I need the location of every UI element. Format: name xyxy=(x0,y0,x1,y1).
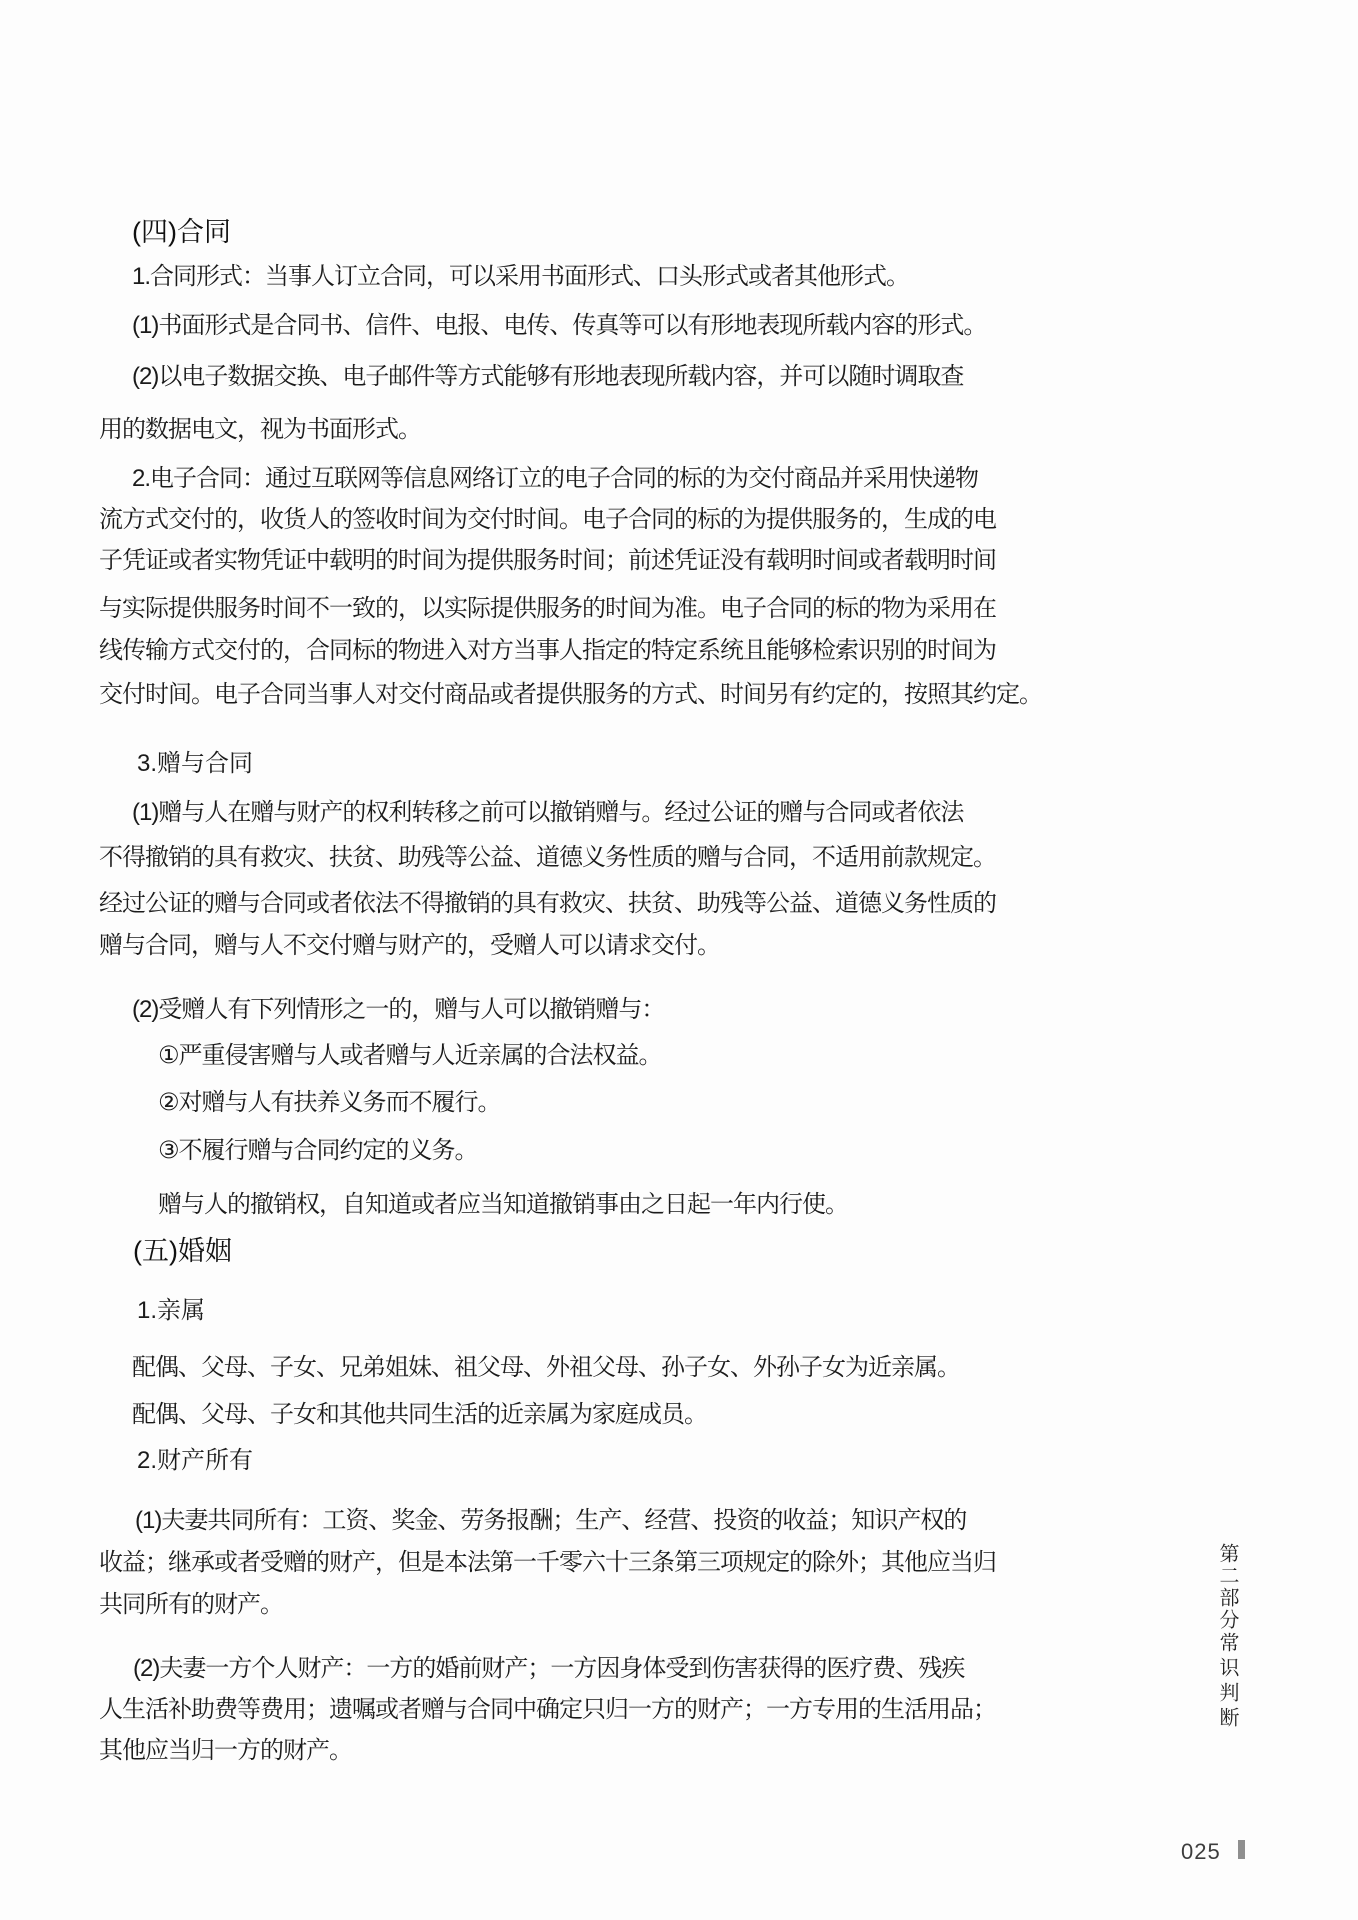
text-line: 线传输方式交付的，合同标的物进入对方当事人指定的特定系统且能够检索识别的时间为 xyxy=(99,638,996,664)
text-line: 流方式交付的，收货人的签收时间为交付时间。电子合同的标的为提供服务的，生成的电 xyxy=(99,507,996,533)
text-line: 2.电子合同：通过互联网等信息网络订立的电子合同的标的为交付商品并采用快递物 xyxy=(132,466,978,492)
section-heading-marriage: (五)婚姻 xyxy=(133,1237,232,1267)
page-number: 025 xyxy=(1181,1839,1221,1865)
text-line: (2)受赠人有下列情形之一的，赠与人可以撤销赠与： xyxy=(132,997,664,1023)
text-line: (1)夫妻共同所有：工资、奖金、劳务报酬；生产、经营、投资的收益；知识产权的 xyxy=(135,1508,966,1534)
list-item: ②对赠与人有扶养义务而不履行。 xyxy=(158,1090,501,1116)
subheading-relatives: 1.亲属 xyxy=(137,1298,205,1324)
text-line: 其他应当归一方的财产。 xyxy=(99,1738,352,1764)
text-line: 配偶、父母、子女、兄弟姐妹、祖父母、外祖父母、孙子女、外孙子女为近亲属。 xyxy=(132,1355,960,1381)
text-line: 子凭证或者实物凭证中载明的时间为提供服务时间；前述凭证没有载明时间或者载明时间 xyxy=(99,548,996,574)
text-line: 配偶、父母、子女和其他共同生活的近亲属为家庭成员。 xyxy=(132,1402,707,1428)
text-line: 收益；继承或者受赠的财产，但是本法第一千零六十三条第三项规定的除外；其他应当归 xyxy=(99,1550,996,1576)
text-line: (2)夫妻一方个人财产：一方的婚前财产；一方因身体受到伤害获得的医疗费、残疾 xyxy=(133,1656,964,1682)
text-line: 不得撤销的具有救灾、扶贫、助残等公益、道德义务性质的赠与合同，不适用前款规定。 xyxy=(99,845,996,871)
footer-bar-icon xyxy=(1238,1840,1245,1859)
text-line: 经过公证的赠与合同或者依法不得撤销的具有救灾、扶贫、助残等公益、道德义务性质的 xyxy=(99,891,996,917)
section-heading-contract: (四)合同 xyxy=(132,218,231,248)
subheading-property: 2.财产所有 xyxy=(137,1448,253,1474)
text-line: (2)以电子数据交换、电子邮件等方式能够有形地表现所载内容，并可以随时调取查 xyxy=(132,364,963,390)
list-item: ③不履行赠与合同约定的义务。 xyxy=(158,1138,478,1164)
text-line: (1)赠与人在赠与财产的权利转移之前可以撤销赠与。经过公证的赠与合同或者依法 xyxy=(132,800,963,826)
text-line: 共同所有的财产。 xyxy=(99,1592,283,1618)
subheading-gift-contract: 3.赠与合同 xyxy=(137,751,253,777)
text-line: (1)书面形式是合同书、信件、电报、电传、传真等可以有形地表现所载内容的形式。 xyxy=(132,313,986,339)
sidebar-part-label: 第二部分 xyxy=(1213,1543,1242,1631)
text-line: 与实际提供服务时间不一致的，以实际提供服务的时间为准。电子合同的标的物为采用在 xyxy=(99,596,996,622)
book-page: (四)合同1.合同形式：当事人订立合同，可以采用书面形式、口头形式或者其他形式。… xyxy=(0,0,1358,1920)
text-line: 用的数据电文，视为书面形式。 xyxy=(99,417,421,443)
list-item: ①严重侵害赠与人或者赠与人近亲属的合法权益。 xyxy=(158,1043,662,1069)
text-line: 赠与人的撤销权，自知道或者应当知道撤销事由之日起一年内行使。 xyxy=(158,1192,848,1218)
text-line: 赠与合同，赠与人不交付赠与财产的，受赠人可以请求交付。 xyxy=(99,933,720,959)
text-line: 人生活补助费等费用；遗嘱或者赠与合同中确定只归一方的财产；一方专用的生活用品； xyxy=(99,1697,996,1723)
text-line: 1.合同形式：当事人订立合同，可以采用书面形式、口头形式或者其他形式。 xyxy=(132,264,909,290)
text-line: 交付时间。电子合同当事人对交付商品或者提供服务的方式、时间另有约定的，按照其约定… xyxy=(99,682,1042,708)
sidebar-section-label: 常识判断 xyxy=(1213,1632,1242,1732)
